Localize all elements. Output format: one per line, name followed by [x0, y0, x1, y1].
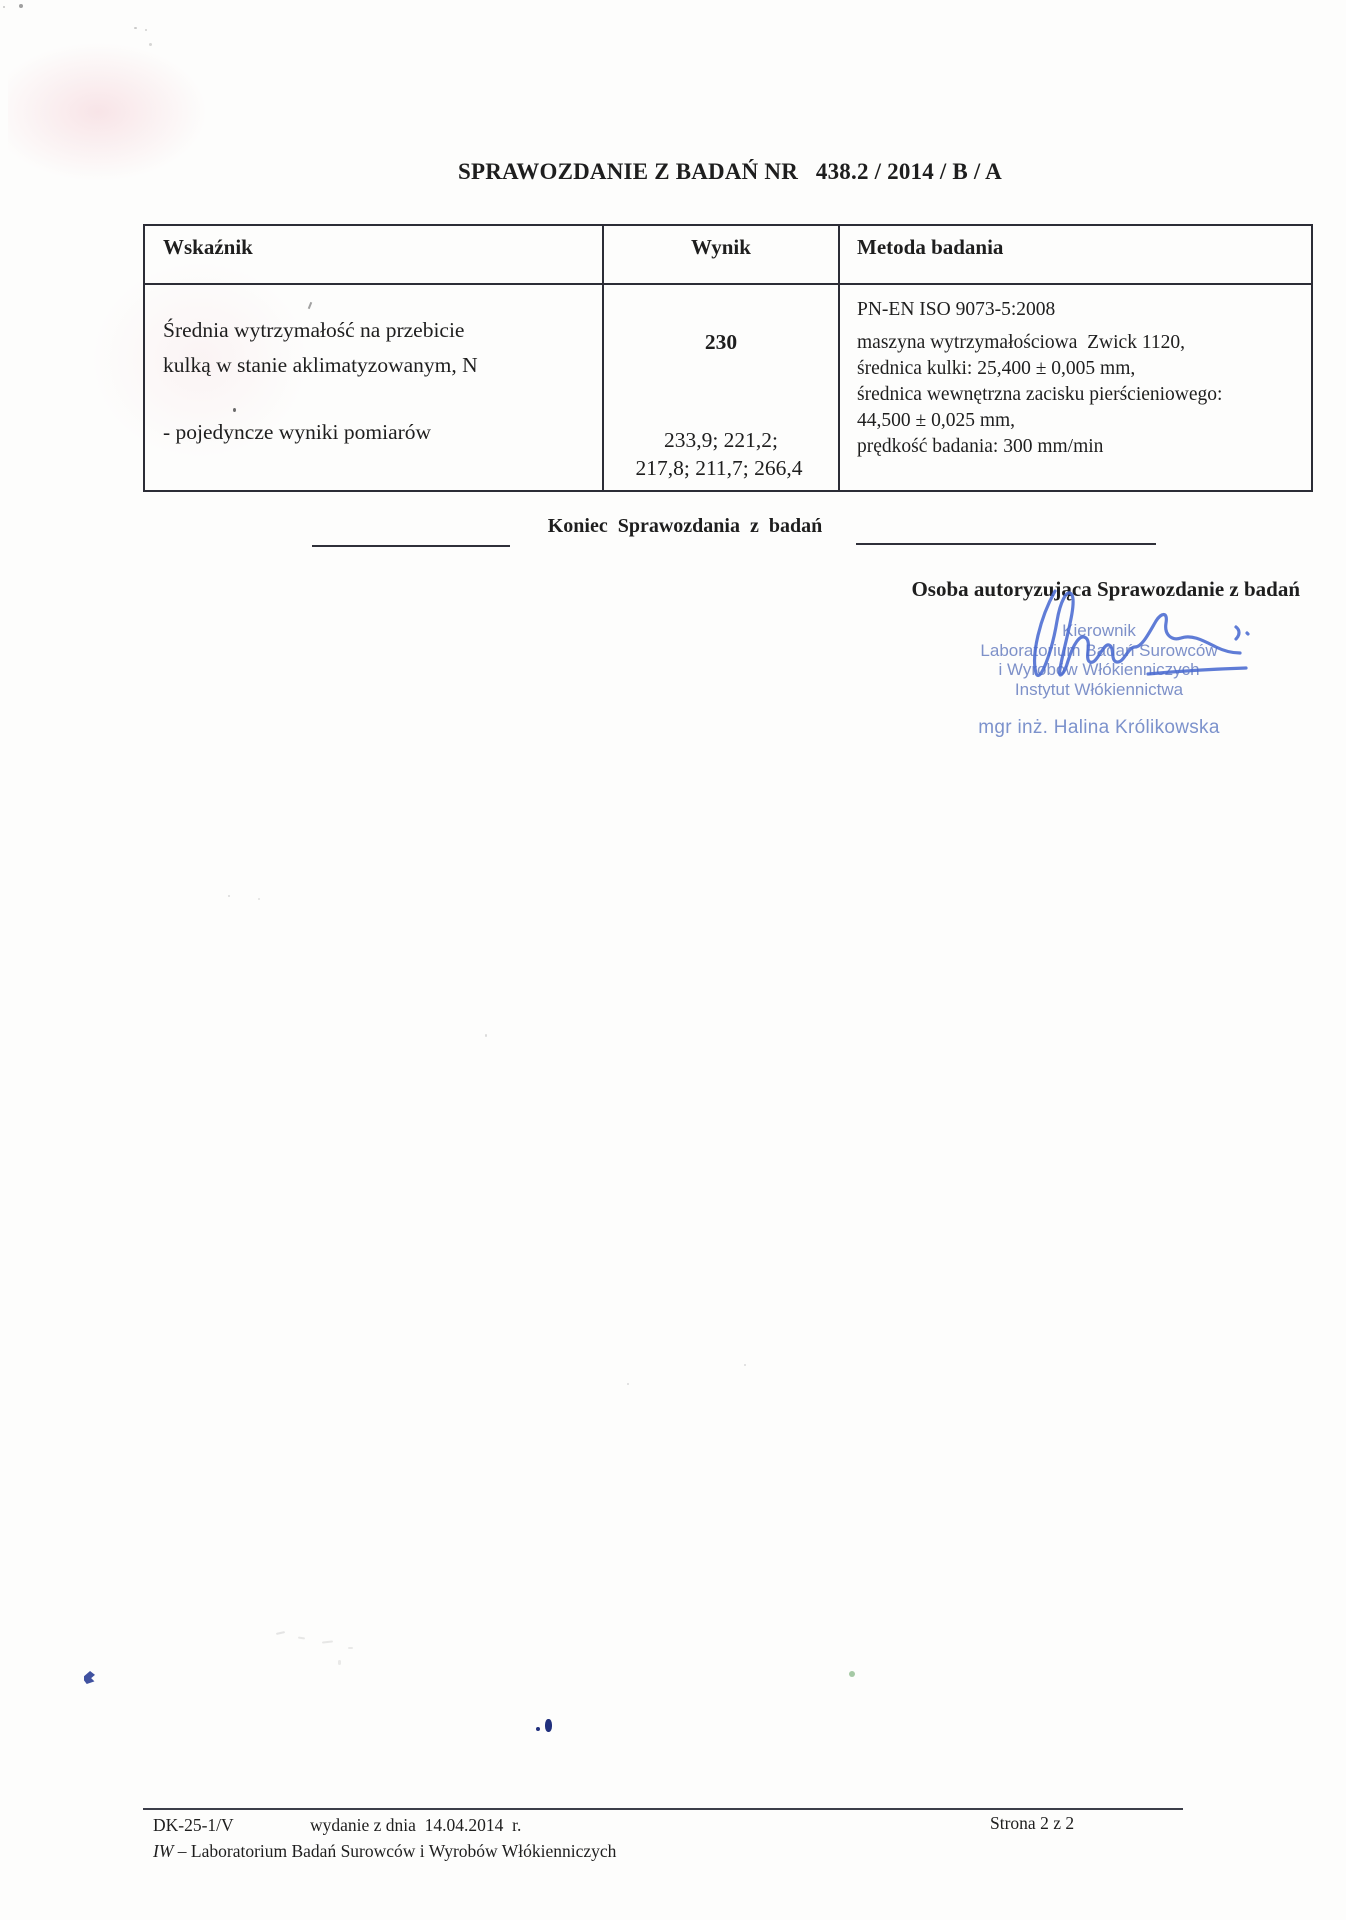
result-values-line-1: 233,9; 221,2;	[602, 428, 840, 453]
scan-speck	[3, 6, 5, 8]
scan-tick	[308, 302, 312, 309]
footer-page-number: Strona 2 z 2	[990, 1813, 1074, 1834]
method-clamp-diameter-label: średnica wewnętrzna zacisku pierścieniow…	[857, 382, 1307, 408]
footer-org-abbr: IW	[153, 1841, 173, 1861]
scan-speck	[19, 4, 23, 8]
column-header-metoda: Metoda badania	[857, 235, 1003, 260]
end-line-right-rule	[856, 543, 1156, 545]
scan-dot	[233, 408, 236, 412]
scan-speck	[149, 43, 152, 46]
test-method-cell: PN-EN ISO 9073-5:2008 maszyna wytrzymało…	[857, 297, 1307, 460]
scan-scribble	[322, 1640, 333, 1643]
result-values-line-2: 217,8; 211,7; 266,4	[594, 456, 844, 481]
footer-organization: IW – Laboratorium Badań Surowców i Wyrob…	[153, 1841, 616, 1862]
result-mean-value: 230	[602, 330, 840, 355]
scan-speck	[134, 27, 137, 29]
signer-name: mgr inż. Halina Królikowska	[949, 717, 1249, 739]
scan-speck	[145, 29, 147, 31]
results-table: Wskaźnik Wynik Metoda badania Średnia wy…	[143, 224, 1313, 492]
method-standard: PN-EN ISO 9073-5:2008	[857, 297, 1307, 323]
method-speed: prędkość badania: 300 mm/min	[857, 434, 1307, 460]
end-of-report-label: Koniec Sprawozdania z badań	[400, 515, 970, 538]
handwritten-signature	[1000, 583, 1260, 703]
indicator-line-3: - pojedyncze wyniki pomiarów	[163, 420, 431, 445]
scan-speck-green	[849, 1671, 855, 1677]
method-clamp-diameter-value: 44,500 ± 0,025 mm,	[857, 408, 1307, 434]
footer-org-name: – Laboratorium Badań Surowców i Wyrobów …	[173, 1841, 616, 1861]
column-header-wynik: Wynik	[602, 235, 840, 260]
scan-ink-mark	[536, 1727, 540, 1731]
scan-speck	[485, 1034, 487, 1037]
scan-scribble	[338, 1660, 341, 1665]
method-ball-diameter: średnica kulki: 25,400 ± 0,005 mm,	[857, 356, 1307, 382]
footer-issue-date: wydanie z dnia 14.04.2014 r.	[310, 1815, 521, 1836]
scan-scribble	[298, 1637, 305, 1640]
scan-speck	[228, 895, 230, 897]
report-title: SPRAWOZDANIE Z BADAŃ NR 438.2 / 2014 / B…	[140, 159, 1320, 185]
indicator-line-2: kulką w stanie aklimatyzowanym, N	[163, 353, 478, 378]
indicator-line-1: Średnia wytrzymałość na przebicie	[163, 318, 464, 343]
scan-speck	[258, 898, 260, 900]
end-line-left-rule	[312, 545, 510, 547]
scan-scribble	[276, 1631, 285, 1635]
scan-scribble	[348, 1647, 353, 1649]
table-header-divider	[145, 283, 1311, 285]
column-header-wskaznik: Wskaźnik	[163, 235, 253, 260]
footer-doc-code: DK-25-1/V	[153, 1815, 234, 1836]
footer-rule	[143, 1808, 1183, 1810]
scanned-report-page: SPRAWOZDANIE Z BADAŃ NR 438.2 / 2014 / B…	[0, 0, 1346, 1920]
scan-ink-mark	[84, 1671, 95, 1684]
scan-speck	[627, 1383, 629, 1385]
scan-ink-mark	[545, 1719, 552, 1732]
scan-speck	[744, 1364, 746, 1366]
method-machine: maszyna wytrzymałościowa Zwick 1120,	[857, 330, 1307, 356]
